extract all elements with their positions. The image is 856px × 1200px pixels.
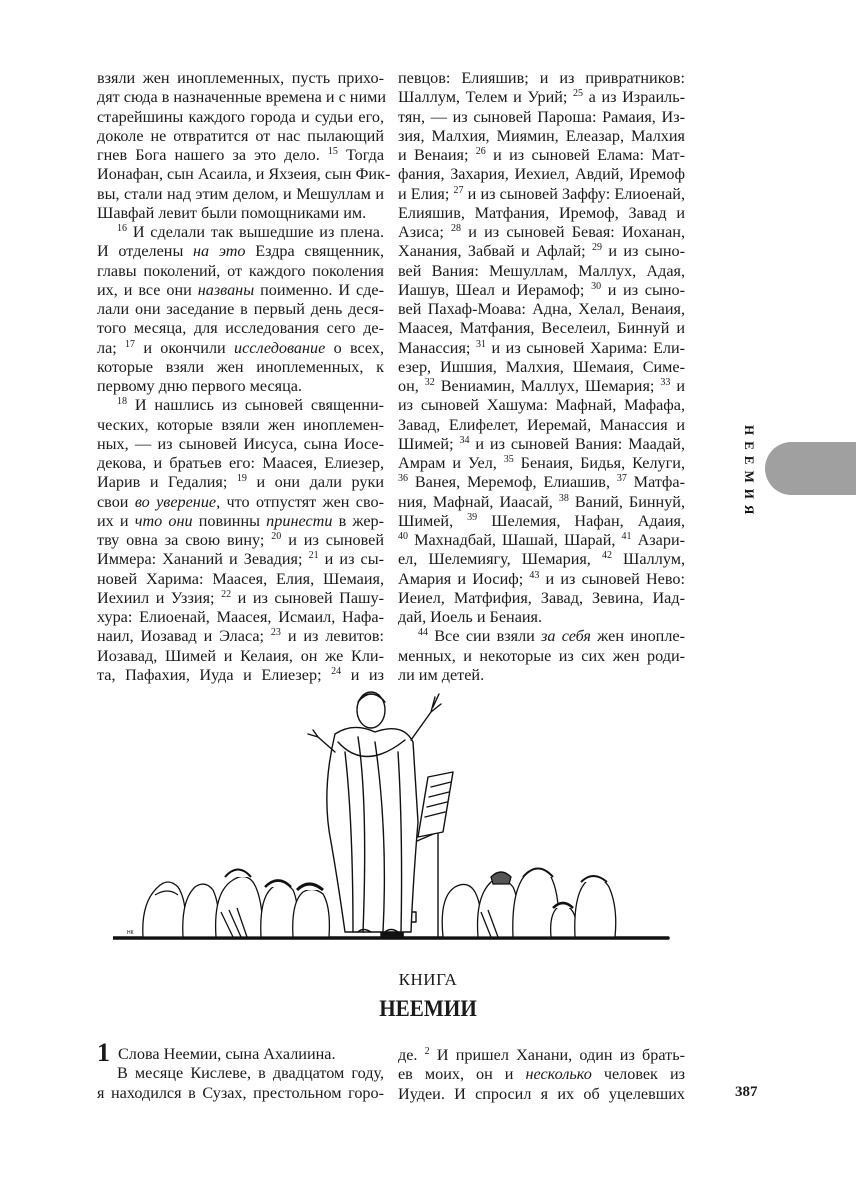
text-line: В месяце Кислеве, в двадцатом году, (97, 1064, 384, 1083)
text-line: старейшины каждого города и судьи его, (97, 108, 384, 127)
text-line: Манассия; 31 и из сыновей Харима: Ели- (398, 339, 685, 358)
text-line: ния, Мафнай, Иаасай, 38 Ваний, Биннуй, (398, 493, 685, 512)
right-text-column: певцов: Елияшив; и из привратников: Шалл… (398, 69, 685, 685)
text-line: доколе не отвратится от нас пылающий (97, 127, 384, 146)
text-line: 1Слова Неемии, сына Ахалиина. (97, 1043, 384, 1064)
text-line: ел, Шелемиягу, Шемария, 42 Шаллум, (398, 550, 685, 569)
text-line: лали они заседание в первый день деся- (97, 300, 384, 319)
text-line: тву овна за свою вину; 20 и из сыновей (97, 531, 384, 550)
text-line: и Елия; 27 и из сыновей Заффу: Елиоенай, (398, 185, 685, 204)
text-line: их, и все они названы поименно. И сде- (97, 281, 384, 300)
text-line: ных, — из сыновей Иисуса, сына Иосе- (97, 435, 384, 454)
verse-number: 17 (125, 339, 135, 350)
text-line: езер, Ишшия, Малхия, Шемаия, Симе- (398, 358, 685, 377)
text-line: дят сюда в назначенные времена и с ними (97, 88, 384, 107)
text-line: вы, стали над этим делом, и Мешуллам и (97, 185, 384, 204)
text-line: я находился в Сузах, престольном горо- (97, 1084, 384, 1103)
text-line: Шимей; 34 и из сыновей Вания: Маадай, (398, 435, 685, 454)
verse-number: 18 (117, 396, 127, 407)
text-line: ев моих, он и несколько человек из (398, 1065, 685, 1084)
illustrator-signature: НК (127, 930, 134, 936)
text-line: Иашув, Шеал и Иерамоф; 30 и из сыно- (398, 281, 685, 300)
text-line: Елияшив, Матфания, Иремоф, Завад и (398, 204, 685, 223)
verse-number: 15 (328, 146, 338, 157)
text-line: Шаллум, Телем и Урий; 25 а из Израиль- (398, 88, 685, 107)
text-line: Амария и Иосиф; 43 и из сыновей Нево: (398, 570, 685, 589)
text-line: Иехиил и Уззия; 22 и из сыновей Пашу- (97, 589, 384, 608)
book-thumb-tab (765, 442, 856, 495)
text-line: Иеиел, Матфифия, Завад, Зевина, Иад- (398, 589, 685, 608)
text-line: свои во уверение, что отпустят жен сво- (97, 493, 384, 512)
text-line: тян, — из сыновей Пароша: Рамаия, Из- (398, 108, 685, 127)
text-line: декова, и братьев его: Маасея, Елиезер, (97, 454, 384, 473)
text-line: того месяца, для исследования сего де- (97, 319, 384, 338)
text-line: певцов: Елияшив; и из привратников: (398, 69, 685, 88)
text-line: их и что они повинны принести в жер- (97, 512, 384, 531)
running-tab-label: НЕЕМИЯ (737, 425, 757, 520)
left-text-column: взяли жен иноплеменных, пусть прихо- дят… (97, 69, 384, 685)
text-line: Иммера: Хананий и Зевадия; 21 и из сы- (97, 550, 384, 569)
illustration-ezra-reading: НК (113, 682, 689, 944)
text-line: зия, Малхия, Миямин, Елеазар, Малхия (398, 127, 685, 146)
text-line: главы поколений, от каждого поколения (97, 262, 384, 281)
text-line: Маасея, Матфания, Веселеил, Биннуй и (398, 319, 685, 338)
text-line: дай, Иоель и Бенаия. (398, 608, 685, 627)
text-line: гнев Бога нашего за это дело. 15 Тогда (97, 146, 384, 165)
text-line: Шимей, 39 Шелемия, Нафан, Адаия, (398, 512, 685, 531)
text-line: 44 Все сии взяли за себя жен инопле- (398, 627, 685, 646)
chapter1-left-column: 1Слова Неемии, сына Ахалиина. В месяце К… (97, 1043, 384, 1103)
text-line: Ханания, Забвай и Афлай; 29 и из сыно- (398, 242, 685, 261)
text-line: Ионафан, сын Асаила, и Яхзеия, сын Фик- (97, 165, 384, 184)
text-line: Иозавад, Шимей и Келаия, он же Кли- (97, 647, 384, 666)
text-line: взяли жен иноплеменных, пусть прихо- (97, 69, 384, 88)
book-title: НЕЕМИИ (34, 996, 822, 1022)
text-line: вей Пахаф-Моава: Адна, Хелал, Венаия, (398, 300, 685, 319)
text-line: 16 И сделали так вышедшие из плена. (97, 223, 384, 242)
text-line: Амрам и Уел, 35 Бенаия, Бидья, Келуги, (398, 454, 685, 473)
text-line: ческих, которые взяли жен иноплемен- (97, 416, 384, 435)
text-line: ла; 17 и окончили исследование о всех, (97, 339, 384, 358)
book-kicker: КНИГА (0, 970, 856, 990)
text-line: он, 32 Вениамин, Маллух, Шемария; 33 и (398, 377, 685, 396)
text-line: и Венаия; 26 и из сыновей Елама: Мат- (398, 146, 685, 165)
text-line: 18 И нашлись из сыновей священни- (97, 396, 384, 415)
text-line: 36 Ванея, Меремоф, Елиашив, 37 Матфа- (398, 473, 685, 492)
text-line: новей Харима: Маасея, Елия, Шемаия, (97, 570, 384, 589)
text-line: наил, Иозавад и Эласа; 23 и из левитов: (97, 627, 384, 646)
verse-number: 16 (117, 223, 127, 234)
text-line: хура: Елиоенай, Маасея, Исмаил, Нафа- (97, 608, 384, 627)
text-line: вей Вания: Мешуллам, Маллух, Адая, (398, 262, 685, 281)
text-line: Завад, Елифелет, Иеремай, Манассия и (398, 416, 685, 435)
text-line: Шавфай левит были помощниками им. (97, 204, 384, 223)
chapter1-right-column: де. 2 И пришел Ханани, один из брать- ев… (398, 1043, 685, 1104)
text-line: которые взяли жен иноплеменных, к (97, 358, 384, 377)
text-line: первому дню первого месяца. (97, 377, 384, 396)
text-line: из сыновей Хашума: Мафнай, Мафафа, (398, 396, 685, 415)
text-line: Иудеи. И спросил я их об уцелевших (398, 1085, 685, 1104)
text-line: И отделены на это Ездра священник, (97, 242, 384, 261)
chapter-number: 1 (97, 1038, 110, 1067)
text-line: Иарив и Гедалия; 19 и они дали руки (97, 473, 384, 492)
page-number: 387 (735, 1084, 758, 1101)
text-line: де. 2 И пришел Ханани, один из брать- (398, 1046, 685, 1065)
text-line: Азиса; 28 и из сыновей Бевая: Иоханан, (398, 223, 685, 242)
text-line: фания, Захария, Иехиел, Авдий, Иремоф (398, 165, 685, 184)
text-line: 40 Махнадбай, Шашай, Шарай, 41 Азари- (398, 531, 685, 550)
text-line: менных, и некоторые из сих жен роди- (398, 647, 685, 666)
